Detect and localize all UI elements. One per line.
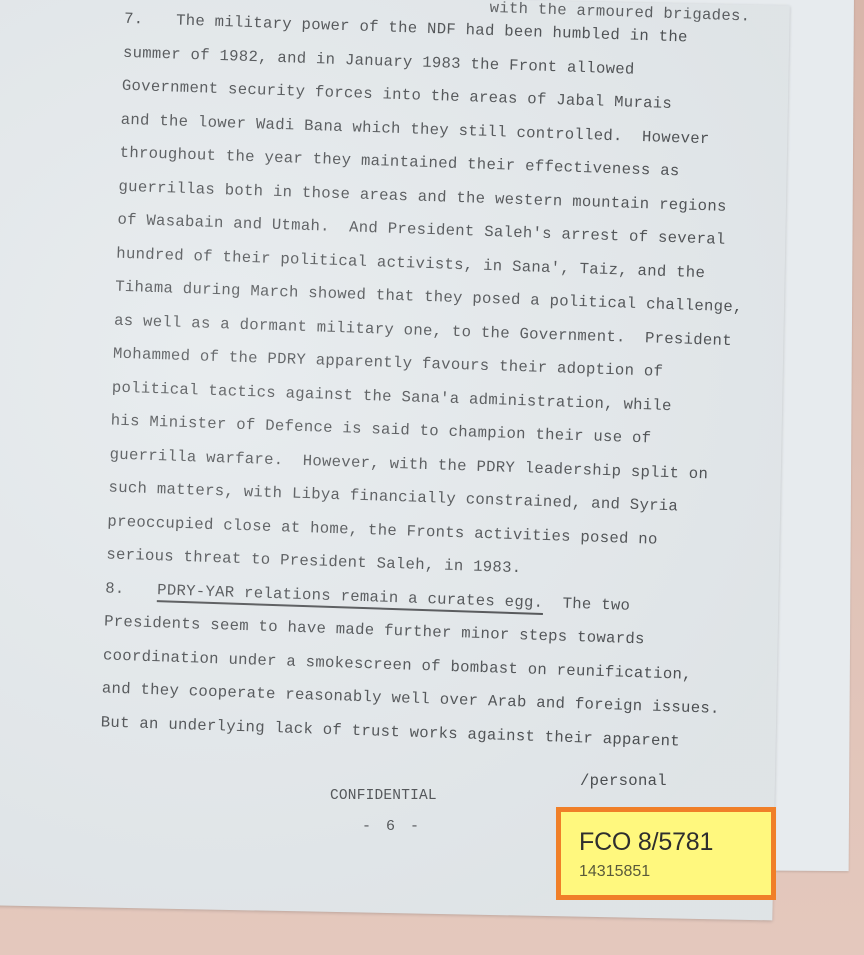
page-number: - 6 - <box>362 818 422 835</box>
archive-reference-label: FCO 8/5781 14315851 <box>556 807 776 900</box>
continuation-word: /personal <box>580 772 667 790</box>
typed-body-text: with the armoured brigades. 7.The milita… <box>100 0 784 761</box>
classification-marking: CONFIDENTIAL <box>330 788 437 804</box>
paragraph-number-8: 8. <box>105 572 158 607</box>
archive-reference: FCO 8/5781 <box>579 828 713 857</box>
document-page: with the armoured brigades. 7.The milita… <box>0 0 790 920</box>
paragraph-number-7: 7. <box>124 3 177 38</box>
archive-image-number: 14315851 <box>579 863 650 881</box>
underlined-lead-sentence: PDRY-YAR relations remain a curates egg. <box>157 581 544 612</box>
